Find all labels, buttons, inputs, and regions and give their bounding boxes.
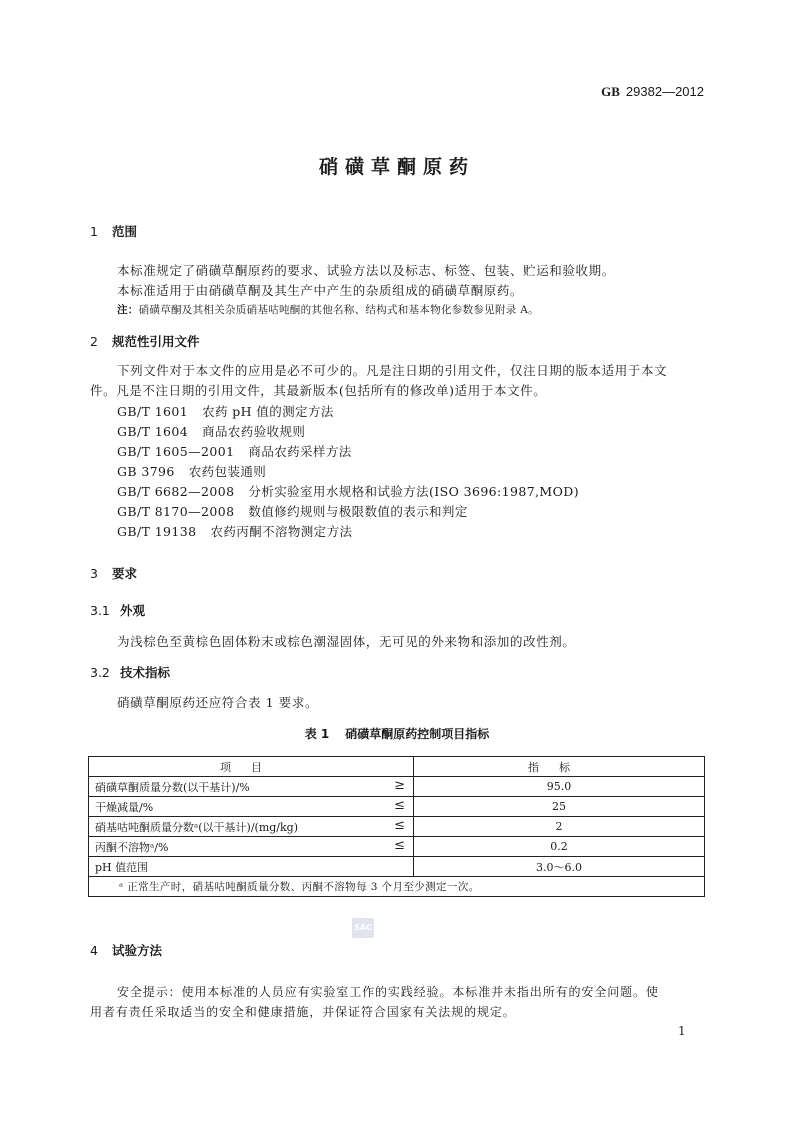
table-cell-value: 95.0 xyxy=(414,777,705,797)
table-cell-value: 2 xyxy=(414,817,705,837)
reference-title: 农药 pH 值的测定方法 xyxy=(202,404,334,419)
section-number: 1 xyxy=(90,224,112,239)
table-row: 丙酮不溶物ᵃ/%≤ 0.2 xyxy=(89,837,705,857)
column-header-value: 指标 xyxy=(414,757,705,777)
item-label: 硝基咕吨酮质量分数ᵃ(以干基计)/(mg/kg) xyxy=(95,821,298,834)
section-title: 试验方法 xyxy=(112,943,162,958)
table-cell-item: 干燥减量/%≤ xyxy=(89,797,414,817)
section-number: 4 xyxy=(90,943,112,958)
section-number: 2 xyxy=(90,334,112,349)
section-2-heading: 2规范性引用文件 xyxy=(90,332,200,350)
table-footnote-row: ᵃ 正常生产时，硝基咕吨酮质量分数、丙酮不溶物每 3 个月至少测定一次。 xyxy=(89,877,705,897)
safety-notice-line-1: 安全提示：使用本标准的人员应有实验室工作的实践经验。本标准并未指出所有的安全问题… xyxy=(117,983,659,1000)
reference-code: GB/T 6682—2008 xyxy=(117,484,234,499)
scope-paragraph-1: 本标准规定了硝磺草酮原药的要求、试验方法以及标志、标签、包装、贮运和验收期。 xyxy=(117,261,615,279)
section-title: 外观 xyxy=(120,603,145,618)
table-cell-value: 3.0～6.0 xyxy=(414,857,705,877)
reference-code: GB/T 19138 xyxy=(117,524,196,539)
reference-code: GB/T 1604 xyxy=(117,424,188,439)
sac-watermark-logo: SAC xyxy=(352,918,374,938)
reference-item: GB/T 19138农药丙酮不溶物测定方法 xyxy=(117,522,352,540)
item-label: 干燥减量/% xyxy=(95,801,153,814)
table-cell-value: 0.2 xyxy=(414,837,705,857)
table-row: 硝磺草酮质量分数(以干基计)/%≥ 95.0 xyxy=(89,777,705,797)
section-3-heading: 3要求 xyxy=(90,564,137,582)
standard-code: GB29382—2012 xyxy=(601,84,704,100)
table-cell-value: 25 xyxy=(414,797,705,817)
section-title: 范围 xyxy=(112,224,137,239)
item-label: 硝磺草酮质量分数(以干基计)/% xyxy=(95,781,250,794)
item-label: 丙酮不溶物ᵃ/% xyxy=(95,841,168,854)
section-title: 规范性引用文件 xyxy=(112,334,200,349)
reference-item: GB 3796农药包装通则 xyxy=(117,462,266,480)
specification-table: 项目 指标 硝磺草酮质量分数(以干基计)/%≥ 95.0 干燥减量/%≤ 25 … xyxy=(88,756,705,897)
table-row: pH 值范围 3.0～6.0 xyxy=(89,857,705,877)
reference-title: 商品农药验收规则 xyxy=(202,424,305,439)
table-cell-item: 硝磺草酮质量分数(以干基计)/%≥ xyxy=(89,777,414,797)
reference-item: GB/T 1605—2001商品农药采样方法 xyxy=(117,442,352,460)
reference-code: GB/T 1605—2001 xyxy=(117,444,234,459)
technical-indicators-text: 硝磺草酮原药还应符合表 1 要求。 xyxy=(117,693,318,711)
reference-title: 数值修约规则与极限数值的表示和判定 xyxy=(248,504,467,519)
comparison-operator: ≥ xyxy=(394,778,405,793)
section-number: 3 xyxy=(90,566,112,581)
reference-title: 分析实验室用水规格和试验方法(ISO 3696:1987,MOD) xyxy=(248,484,579,499)
comparison-operator: ≤ xyxy=(394,838,405,853)
table-row: 硝基咕吨酮质量分数ᵃ(以干基计)/(mg/kg)≤ 2 xyxy=(89,817,705,837)
reference-title: 商品农药采样方法 xyxy=(248,444,351,459)
page-number: 1 xyxy=(678,1024,686,1038)
table-number: 表 1 xyxy=(305,727,330,741)
normative-intro-line-1: 下列文件对于本文件的应用是必不可少的。凡是注日期的引用文件，仅注日期的版本适用于… xyxy=(117,361,667,379)
table-cell-item: 丙酮不溶物ᵃ/%≤ xyxy=(89,837,414,857)
table-row: 干燥减量/%≤ 25 xyxy=(89,797,705,817)
standard-prefix: GB xyxy=(601,84,620,99)
reference-item: GB/T 6682—2008分析实验室用水规格和试验方法(ISO 3696:19… xyxy=(117,482,579,500)
document-title: 硝磺草酮原药 xyxy=(0,152,794,179)
standard-number: 29382—2012 xyxy=(626,84,704,99)
note-text: 硝磺草酮及其相关杂质硝基咕吨酮的其他名称、结构式和基本物化参数参见附录 A。 xyxy=(139,304,539,316)
comparison-operator: ≤ xyxy=(394,798,405,813)
section-3-2-heading: 3.2技术指标 xyxy=(90,663,170,681)
table-cell-item: pH 值范围 xyxy=(89,857,414,877)
section-title: 技术指标 xyxy=(120,665,170,680)
table-title: 硝磺草酮原药控制项目指标 xyxy=(345,727,489,741)
table-caption: 表 1硝磺草酮原药控制项目指标 xyxy=(0,725,794,742)
section-number: 3.2 xyxy=(90,665,120,680)
section-1-heading: 1范围 xyxy=(90,222,137,240)
reference-title: 农药丙酮不溶物测定方法 xyxy=(210,524,352,539)
scope-paragraph-2: 本标准适用于由硝磺草酮及其生产中产生的杂质组成的硝磺草酮原药。 xyxy=(117,281,523,299)
safety-notice-line-2: 用者有责任采取适当的安全和健康措施，并保证符合国家有关法规的规定。 xyxy=(90,1003,516,1020)
note-label: 注： xyxy=(117,304,139,316)
reference-title: 农药包装通则 xyxy=(189,464,266,479)
reference-item: GB/T 1604商品农药验收规则 xyxy=(117,422,305,440)
scope-note: 注：硝磺草酮及其相关杂质硝基咕吨酮的其他名称、结构式和基本物化参数参见附录 A。 xyxy=(117,302,539,317)
reference-code: GB/T 1601 xyxy=(117,404,188,419)
table-header-row: 项目 指标 xyxy=(89,757,705,777)
section-3-1-heading: 3.1外观 xyxy=(90,601,145,619)
item-label: pH 值范围 xyxy=(95,861,148,874)
normative-intro-line-2: 件。凡是不注日期的引用文件，其最新版本(包括所有的修改单)适用于本文件。 xyxy=(90,381,546,399)
reference-code: GB/T 8170—2008 xyxy=(117,504,234,519)
column-header-item: 项目 xyxy=(89,757,414,777)
table-cell-item: 硝基咕吨酮质量分数ᵃ(以干基计)/(mg/kg)≤ xyxy=(89,817,414,837)
comparison-operator: ≤ xyxy=(394,818,405,833)
section-title: 要求 xyxy=(112,566,137,581)
reference-item: GB/T 1601农药 pH 值的测定方法 xyxy=(117,402,334,420)
section-number: 3.1 xyxy=(90,603,120,618)
reference-item: GB/T 8170—2008数值修约规则与极限数值的表示和判定 xyxy=(117,502,468,520)
table-footnote: ᵃ 正常生产时，硝基咕吨酮质量分数、丙酮不溶物每 3 个月至少测定一次。 xyxy=(89,877,705,897)
reference-code: GB 3796 xyxy=(117,464,175,479)
appearance-text: 为浅棕色至黄棕色固体粉末或棕色潮湿固体，无可见的外来物和添加的改性剂。 xyxy=(117,632,576,650)
section-4-heading: 4试验方法 xyxy=(90,941,162,959)
